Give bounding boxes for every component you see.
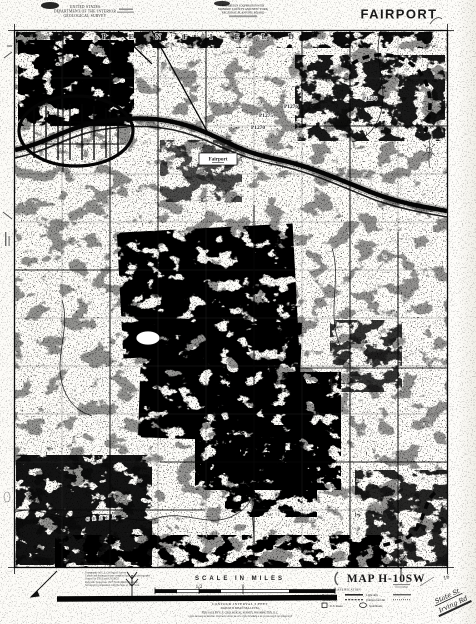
quad-title: FAIRPORT — [361, 7, 438, 22]
road-class-label: Medium duty — [322, 598, 338, 602]
sheet-id-label: MAP H-10SW — [347, 573, 426, 585]
datum-note: DATUM IS MEAN SEA LEVEL — [221, 606, 260, 610]
agency-line-1: UNITED STATES — [70, 5, 101, 9]
scale-title: SCALE IN MILES — [195, 576, 285, 582]
spot-label: P1270 — [251, 125, 265, 131]
township-name-letters: PENFIELD — [102, 32, 316, 41]
ink-blot — [214, 1, 230, 6]
cooperation-line-3: REGIONAL PLANNING BOARD — [222, 11, 265, 15]
road-class-label: Unimproved dirt — [366, 598, 386, 602]
route-label: U.S. Route — [330, 604, 343, 608]
small-smudge-line — [119, 9, 133, 10]
ink-blot — [41, 2, 59, 9]
credit-line: Surveyed in cooperation with the State o… — [85, 584, 140, 587]
town-label-box: Fairport — [199, 153, 237, 165]
route-label: State Route — [369, 604, 383, 608]
topo-map-canvas: UNITED STATES DEPARTMENT OF THE INTERIOR… — [0, 0, 476, 624]
sheet-id-block: MAP H-10SW — [335, 572, 425, 585]
spot-label: P1275 — [259, 113, 273, 119]
spot-label: P1276 — [363, 96, 377, 102]
road-class-label: Heavy duty — [322, 593, 336, 597]
town-label: Fairport — [208, 157, 227, 163]
road-classification-title: ROAD CLASSIFICATION — [322, 588, 361, 592]
small-smudge-line — [229, 15, 257, 17]
spot-label: P1276 — [284, 104, 298, 110]
agency-line-2: DEPARTMENT OF THE INTERIOR — [54, 10, 117, 14]
map-body: PENFIELD P1276 P1276 P1275 P1270 Fairpor… — [15, 31, 447, 567]
folder-note: A FOLDER DESCRIBING TOPOGRAPHIC MAPS AND… — [188, 615, 293, 618]
road-class-label: Light duty — [366, 593, 379, 597]
agency-line-3: GEOLOGICAL SURVEY — [63, 14, 106, 18]
map-sheet: UNITED STATES DEPARTMENT OF THE INTERIOR… — [0, 0, 476, 624]
small-smudge-line — [117, 12, 134, 13]
lake-outline — [136, 331, 160, 345]
